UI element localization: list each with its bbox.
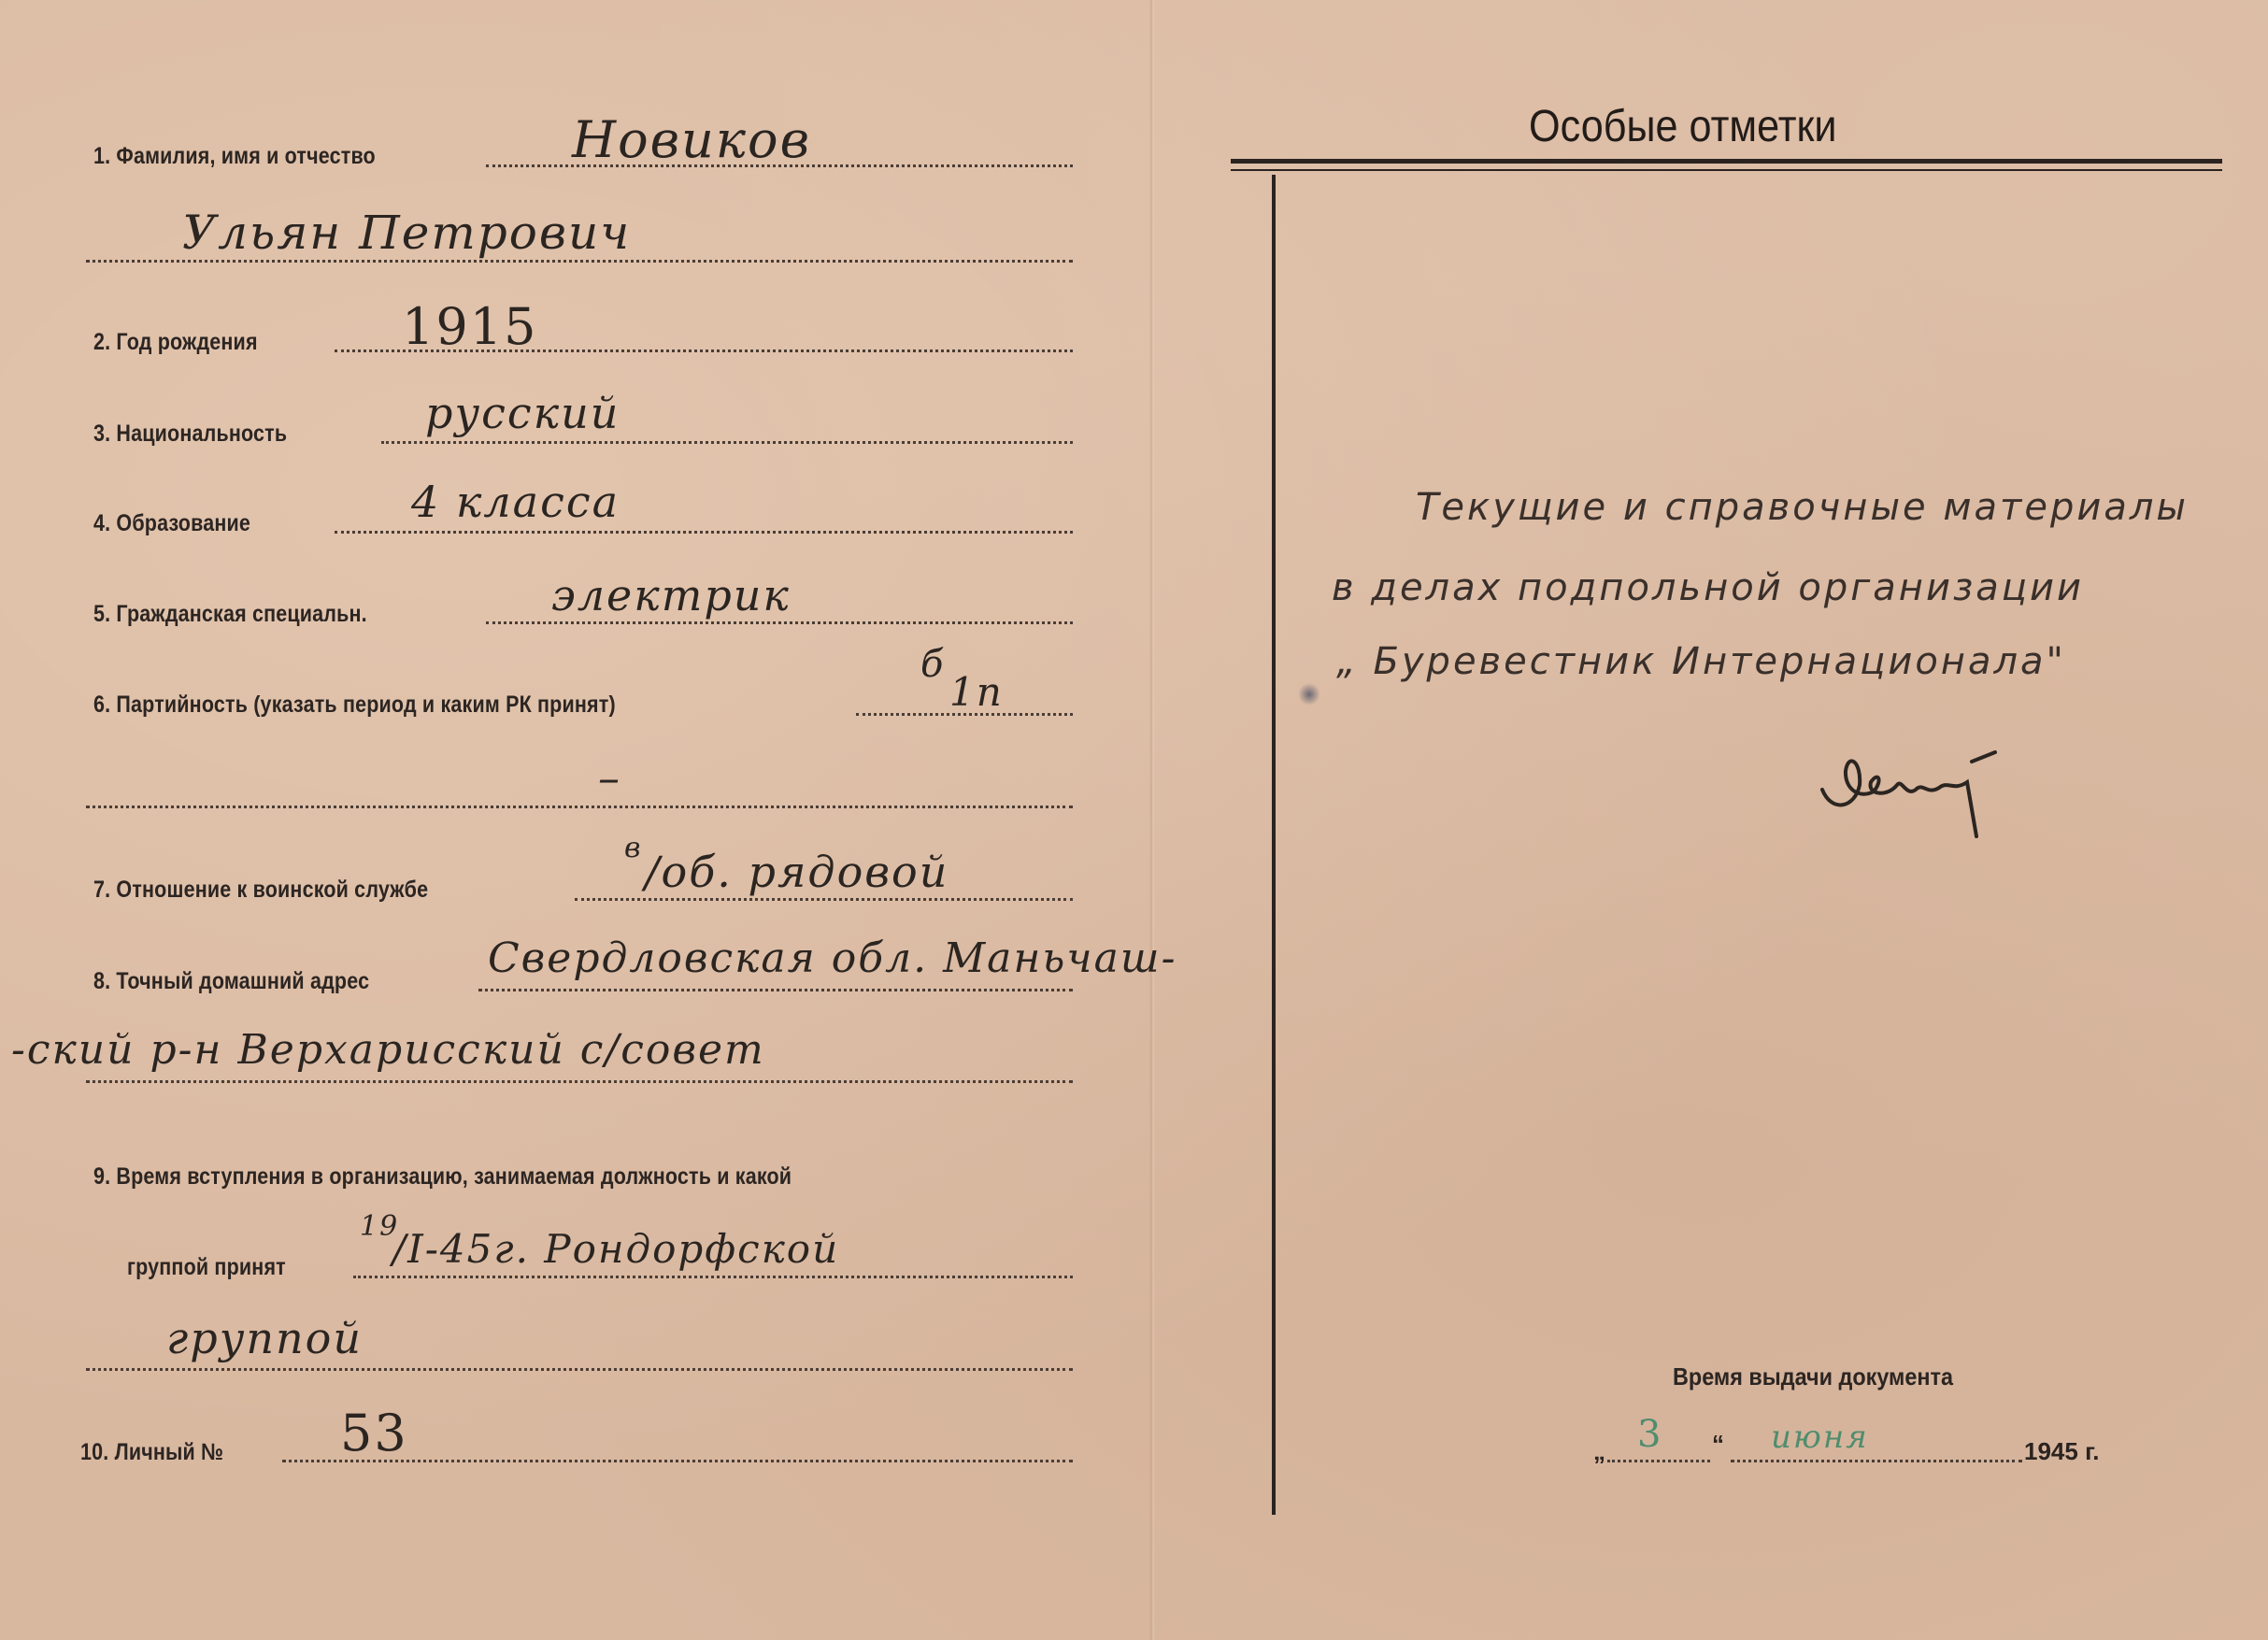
field-4-label: 4. Образование (93, 510, 250, 537)
issue-day-line (1607, 1460, 1710, 1462)
field-9-line3 (86, 1368, 1073, 1371)
issue-day-value: 3 (1637, 1413, 1662, 1456)
issue-month-line (1731, 1460, 2022, 1462)
field-7-value-super: в (624, 832, 642, 864)
page-title: Особые отметки (1529, 101, 1837, 152)
field-5-value: электрик (551, 570, 791, 620)
field-6-value-super: б (920, 643, 945, 686)
field-8-line (478, 989, 1073, 991)
page-fold (1149, 0, 1155, 1640)
field-7-label: 7. Отношение к воинской службе (93, 877, 428, 904)
field-8-value: Свердловская обл. Маньчаш- (488, 934, 1177, 982)
title-rule-thin (1231, 169, 2222, 171)
field-4-value: 4 класса (411, 477, 620, 527)
field-9-label-line2: группой принят (127, 1254, 286, 1281)
field-8-label: 8. Точный домашний адрес (93, 968, 369, 995)
title-rule-thick (1231, 159, 2222, 164)
field-6-value: 1п (949, 669, 1004, 715)
field-6-value-line2: – (598, 752, 621, 803)
issue-year: 1945 г. (2024, 1437, 2100, 1466)
issue-date-label: Время выдачи документа (1673, 1362, 1953, 1391)
ink-blot (1299, 682, 1319, 706)
field-6-line2 (86, 806, 1073, 808)
field-1-value: Новиков (572, 110, 811, 169)
field-10-value: 53 (340, 1404, 408, 1462)
field-3-value: русский (425, 388, 620, 438)
field-2-label: 2. Год рождения (93, 329, 258, 356)
issue-month-value: июня (1771, 1419, 1869, 1456)
field-10-label: 10. Личный № (80, 1439, 223, 1466)
field-9-value: /I-45г. Рондорфской (392, 1226, 839, 1272)
field-5-line (486, 621, 1073, 624)
field-1-line2 (86, 260, 1073, 263)
field-8-value-line2: -ский р-н Верхарисский с/совет (11, 1026, 765, 1074)
field-7-line (575, 898, 1073, 901)
field-3-line (381, 441, 1073, 444)
note-line-3: „ Буревестник Интернационала" (1336, 640, 2066, 683)
note-line-1: Текущие и справочные материалы (1416, 486, 2189, 529)
field-9-line (353, 1276, 1073, 1278)
field-9-value-line3: группой (166, 1313, 363, 1363)
field-8-line2 (86, 1080, 1073, 1083)
field-5-label: 5. Гражданская специальн. (93, 601, 367, 628)
field-1-label: 1. Фамилия, имя и отчество (93, 143, 376, 170)
close-quote: “ (1712, 1430, 1724, 1459)
field-2-value: 1915 (402, 297, 537, 356)
note-line-2: в делах подпольной организации (1332, 566, 2084, 609)
field-9-label: 9. Время вступления в организацию, заним… (93, 1163, 792, 1191)
open-quote: „ (1593, 1437, 1605, 1466)
signature (1804, 734, 2028, 846)
field-6-label: 6. Партийность (указать период и каким Р… (93, 692, 616, 719)
field-3-label: 3. Национальность (93, 421, 287, 448)
field-1-value-line2: Ульян Петрович (182, 206, 631, 260)
margin-vertical-line (1272, 175, 1276, 1515)
field-4-line (335, 531, 1073, 534)
field-7-value: /об. рядовой (645, 847, 949, 897)
